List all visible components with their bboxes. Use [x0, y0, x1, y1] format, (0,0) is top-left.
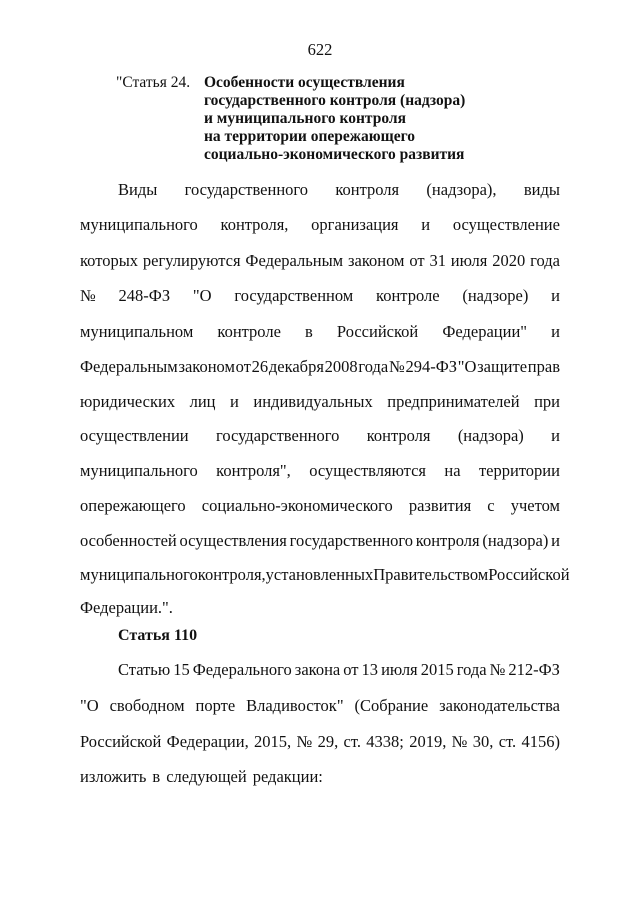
- text-line: №248-ФЗ"Огосударственномконтроле(надзоре…: [80, 285, 560, 307]
- text-line: изложитьвследующейредакции:: [80, 766, 560, 788]
- text-line: муниципальномконтролевРоссийскойФедераци…: [80, 321, 560, 343]
- text-line: Федерации.".: [80, 597, 560, 619]
- text-line: "ОсвободномпортеВладивосток"(Собраниезак…: [80, 695, 560, 717]
- text-line: муниципальногоконтроля,установленныхПрав…: [80, 564, 560, 586]
- text-line: Федеральнымзакономот26декабря2008года№29…: [80, 356, 560, 378]
- title-line: Особенности осуществления: [204, 74, 465, 92]
- text-line: особенностейосуществлениягосударственног…: [80, 530, 560, 552]
- title-line: и муниципального контроля: [204, 110, 465, 128]
- text-line: Видыгосударственногоконтроля(надзора),ви…: [118, 179, 560, 201]
- title-line: социально-экономического развития: [204, 146, 465, 164]
- text-line: Статью15Федеральногозаконаот13июля2015го…: [118, 659, 560, 681]
- text-line: РоссийскойФедерации,2015,№29,ст.4338;201…: [80, 731, 560, 753]
- text-line: осуществлениигосударственногоконтроля(на…: [80, 425, 560, 447]
- text-line: муниципальногоконтроля,организацияиосуще…: [80, 214, 560, 236]
- title-line: государственного контроля (надзора): [204, 92, 465, 110]
- text-line: опережающегосоциально-экономическогоразв…: [80, 495, 560, 517]
- article-24-title: Особенности осуществления государственно…: [204, 74, 465, 164]
- article-110-title: Статья 110: [118, 627, 197, 645]
- page-number: 622: [0, 40, 640, 60]
- text-line: которыхрегулируютсяФедеральнымзакономот3…: [80, 250, 560, 272]
- text-line: юридическихлицииндивидуальныхпредпринима…: [80, 391, 560, 413]
- text-line: муниципальногоконтроля",осуществляютсяна…: [80, 460, 560, 482]
- article-24-label: "Статья 24.: [116, 74, 190, 92]
- title-line: на территории опережающего: [204, 128, 465, 146]
